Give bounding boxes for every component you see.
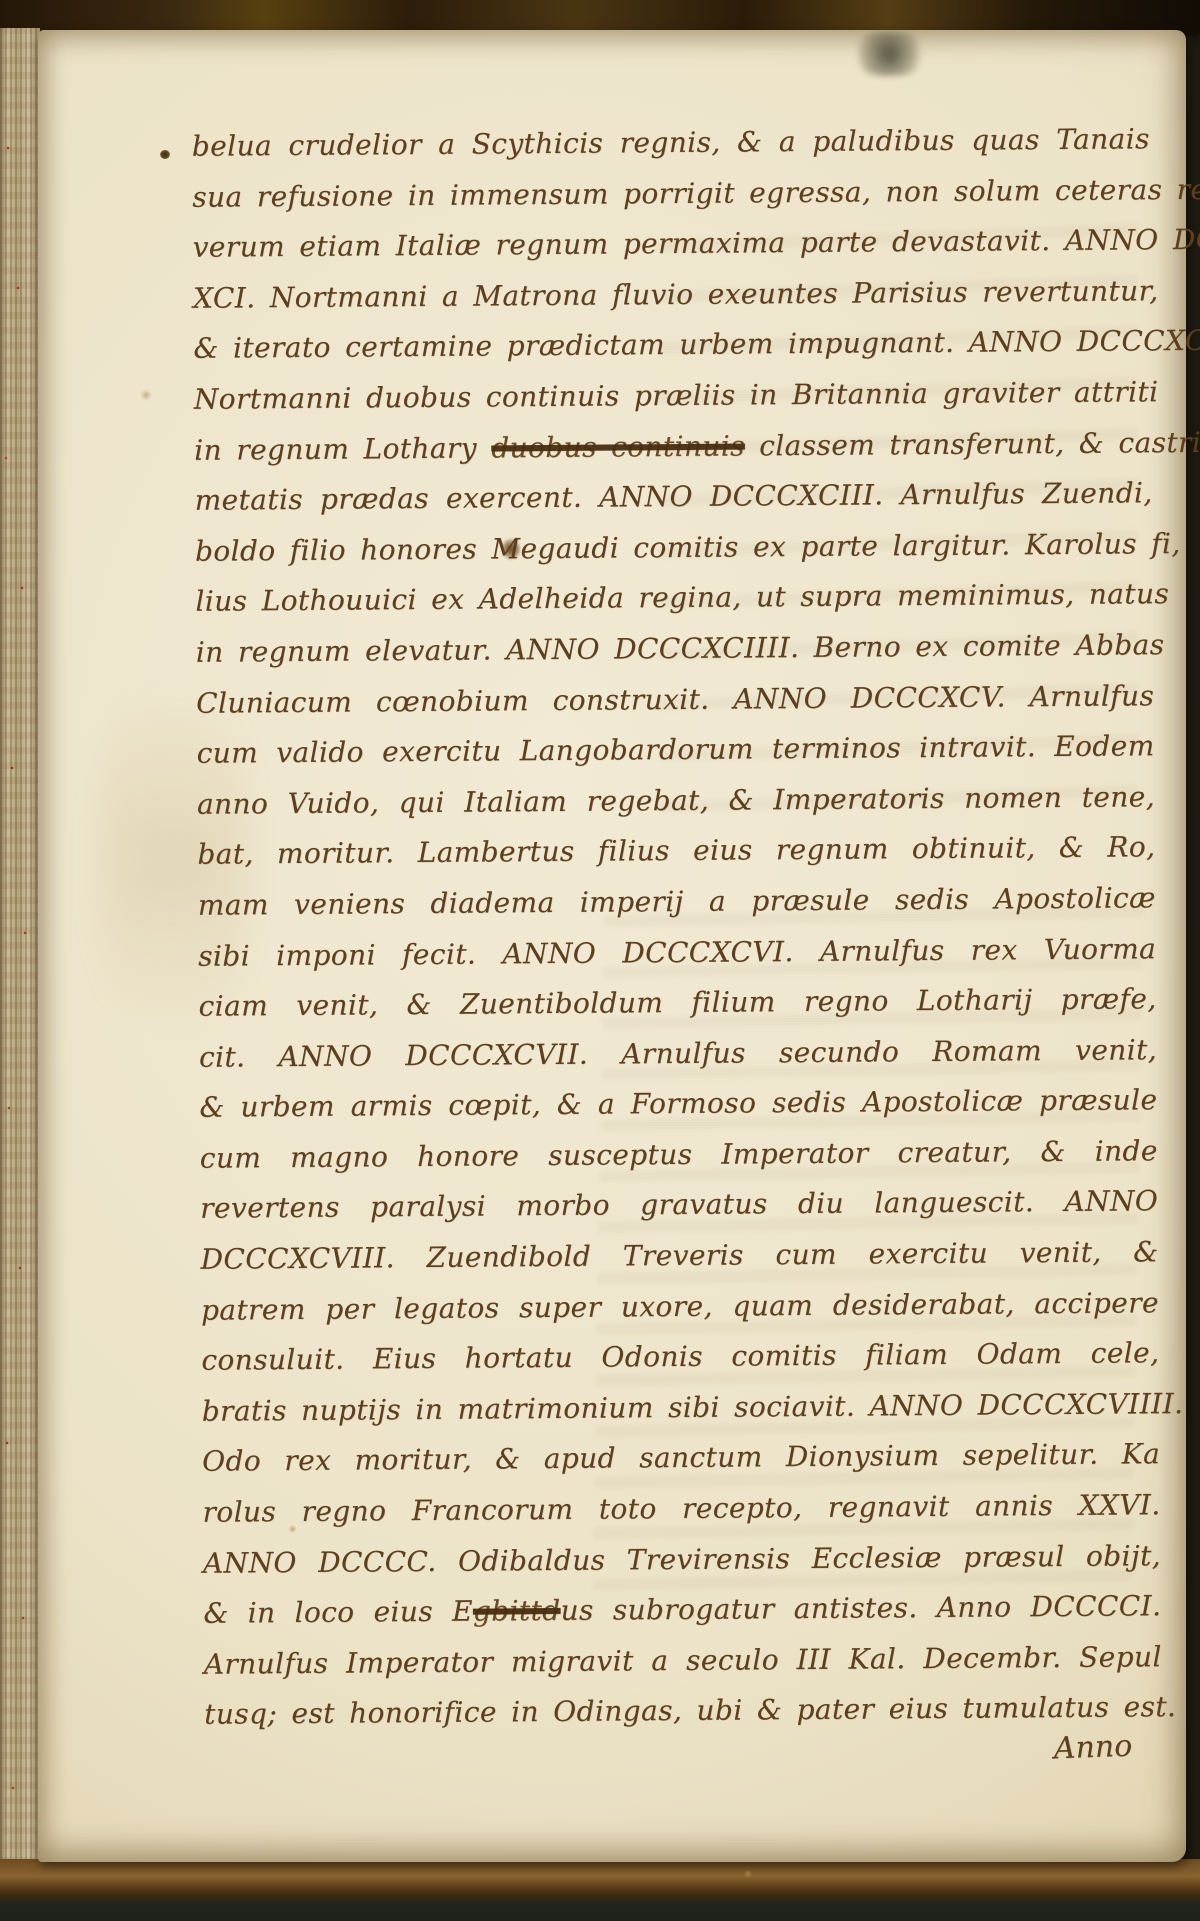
foxing-spot [140,390,152,400]
line-text: patrem per legatos super uxore, quam des… [201,1286,1159,1327]
manuscript-line: lius Lothouuici ex Adelheida regina, ut … [195,570,1153,628]
manuscript-line: metatis prædas exercent. ANNO DCCCXCIII.… [194,468,1152,526]
line-text: ciam venit, & Zuentiboldum filium regno … [198,982,1156,1023]
line-text: & iterato certamine prædictam urbem impu… [193,324,1200,365]
line-text: Nortmanni duobus continuis præliis in Br… [194,375,1159,416]
book-board-bottom [0,1859,1200,1921]
manuscript-line: & iterato certamine prædictam urbem impu… [193,317,1151,375]
book-page-edges [0,28,40,1894]
manuscript-line: & urbem armis cœpit, & a Formoso sedis A… [199,1076,1157,1134]
line-text: us subrogatur antistes. Anno DCCCCI. [560,1589,1161,1627]
manuscript-line: sibi imponi fecit. ANNO DCCCXCVI. Arnulf… [198,924,1156,982]
line-text: Odo rex moritur, & apud sanctum Dionysiu… [202,1438,1160,1479]
line-text: in regnum elevatur. ANNO DCCCXCIIII. Ber… [196,628,1165,669]
manuscript-line: bratis nuptijs in matrimonium sibi socia… [202,1379,1160,1437]
line-text: boldo filio honores Megaudi comitis ex p… [195,527,1181,568]
line-text: verum etiam Italiæ regnum permaxima part… [193,223,1200,264]
manuscript-line: Odo rex moritur, & apud sanctum Dionysiu… [202,1430,1160,1488]
manuscript-line: sua refusione in immensum porrigit egres… [192,165,1150,223]
manuscript-line: belua crudelior a Scythicis regnis, & a … [192,114,1150,172]
manuscript-line: cit. ANNO DCCCXCVII. Arnulfus secundo Ro… [199,1025,1157,1083]
manuscript-line: boldo filio honores Megaudi comitis ex p… [195,519,1153,577]
line-text: rolus regno Francorum toto recepto, regn… [202,1488,1160,1529]
ink-speck [160,150,170,159]
line-text: in regnum Lothary [194,431,491,466]
manuscript-line: patrem per legatos super uxore, quam des… [201,1278,1159,1336]
manuscript-line: & in loco eius Egbittdus subrogatur anti… [203,1581,1161,1639]
manuscript-line: rolus regno Francorum toto recepto, regn… [202,1480,1160,1538]
line-text: lius Lothouuici ex Adelheida regina, ut … [195,577,1169,618]
manuscript-line: in regnum Lothary duobus continuis class… [194,418,1152,476]
manuscript-line: anno Vuido, qui Italiam regebat, & Imper… [197,772,1155,830]
struck-text: duobus continuis [491,429,745,464]
line-text: XCI. Nortmanni a Matrona fluvio exeuntes… [193,274,1159,315]
line-text: & urbem armis cœpit, & a Formoso sedis A… [199,1084,1157,1125]
line-text: classem transferunt, & castris [745,425,1200,462]
book-binding-top [0,0,1200,34]
line-text: anno Vuido, qui Italiam regebat, & Imper… [197,780,1155,821]
manuscript-line: DCCCXCVIII. Zuendibold Treveris cum exer… [200,1227,1158,1285]
manuscript-line: verum etiam Italiæ regnum permaxima part… [192,215,1150,273]
manuscript-text-block: belua crudelior a Scythicis regnis, & a … [192,114,1163,1740]
line-text: bat, moritur. Lambertus filius eius regn… [197,831,1155,872]
book-photo: belua crudelior a Scythicis regnis, & a … [0,0,1200,1921]
line-text: belua crudelior a Scythicis regnis, & a … [192,122,1150,163]
line-text: sibi imponi fecit. ANNO DCCCXCVI. Arnulf… [198,932,1156,973]
manuscript-line: Arnulfus Imperator migravit a seculo III… [204,1632,1162,1690]
manuscript-line: mam veniens diadema imperij a præsule se… [198,873,1156,931]
manuscript-line: ANNO DCCCC. Odibaldus Trevirensis Eccles… [203,1531,1161,1589]
line-text: cit. ANNO DCCCXCVII. Arnulfus secundo Ro… [199,1033,1157,1074]
line-text: revertens paralysi morbo gravatus diu la… [200,1185,1158,1226]
red-speckled-edge [0,28,40,1894]
manuscript-line: consuluit. Eius hortatu Odonis comitis f… [201,1328,1159,1386]
manuscript-line: cum magno honore susceptus Imperator cre… [200,1126,1158,1184]
line-text: Arnulfus Imperator migravit a seculo III… [204,1640,1162,1681]
line-text: Cluniacum cœnobium construxit. ANNO DCCC… [196,679,1154,720]
line-text: DCCCXCVIII. Zuendibold Treveris cum exer… [200,1235,1158,1276]
line-text: consuluit. Eius hortatu Odonis comitis f… [201,1336,1159,1377]
line-text: bratis nuptijs in matrimonium sibi socia… [202,1387,1184,1428]
line-text: metatis prædas exercent. ANNO DCCCXCIII.… [195,476,1153,517]
line-text: cum magno honore susceptus Imperator cre… [200,1134,1158,1175]
catchword: Anno [997,1727,1188,1769]
manuscript-page: belua crudelior a Scythicis regnis, & a … [38,30,1186,1862]
line-text: ANNO DCCCC. Odibaldus Trevirensis Eccles… [203,1539,1161,1580]
manuscript-line: in regnum elevatur. ANNO DCCCXCIIII. Ber… [196,620,1154,678]
manuscript-line: Nortmanni duobus continuis præliis in Br… [194,367,1152,425]
manuscript-line: bat, moritur. Lambertus filius eius regn… [197,823,1155,881]
manuscript-line: Cluniacum cœnobium construxit. ANNO DCCC… [196,671,1154,729]
top-smudge-stain [850,32,928,76]
manuscript-line: ciam venit, & Zuentiboldum filium regno … [198,974,1156,1032]
line-text: mam veniens diadema imperij a præsule se… [198,881,1156,922]
line-text: sua refusione in immensum porrigit egres… [192,172,1200,214]
line-text: cum valido exercitu Langobardorum termin… [196,729,1154,770]
line-text: tusq; est honorifice in Odingas, ubi & p… [204,1691,1176,1732]
line-text: & in loco eius E [203,1595,473,1630]
manuscript-line: revertens paralysi morbo gravatus diu la… [200,1177,1158,1235]
manuscript-line: cum valido exercitu Langobardorum termin… [196,721,1154,779]
struck-text: gbittd [473,1594,561,1628]
manuscript-line: XCI. Nortmanni a Matrona fluvio exeuntes… [193,266,1151,324]
